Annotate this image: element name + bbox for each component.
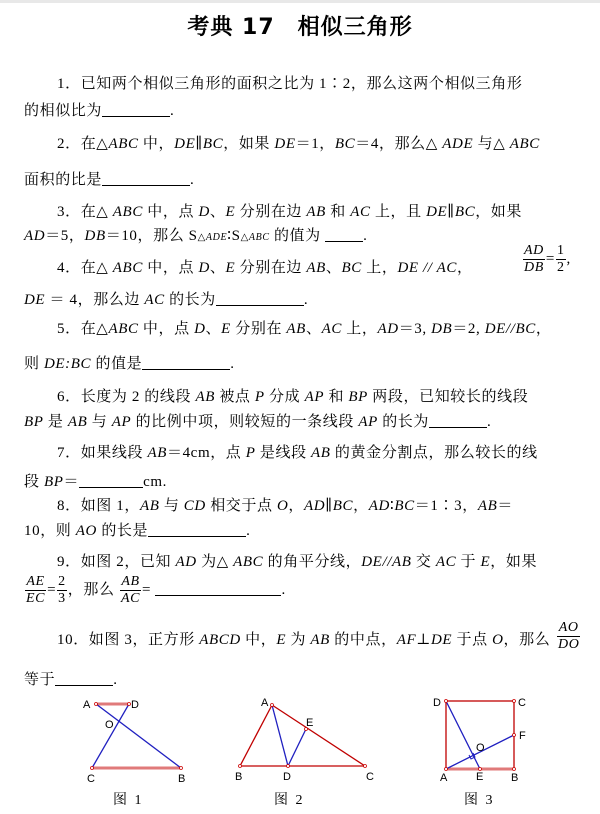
math: AC [350,204,370,220]
math: DE [24,292,45,308]
question-4-fraction: ADDB=12, [522,243,571,276]
text: ＝10，那么 S [106,228,198,244]
segment-ab [240,705,272,766]
answer-blank-10[interactable] [55,671,113,686]
text: 分别在 [231,321,287,337]
question-3-line-2: AD＝5，DB＝10，那么 S△ADE∶S△ABC 的值为 . [24,224,367,245]
equals: = [142,582,151,598]
math: AC [436,554,456,570]
text: 的值是 [91,356,142,372]
math: AP [305,389,325,405]
math: ABC [233,554,263,570]
text: 4．在△ [57,260,113,276]
text: ，如果 [475,204,522,220]
text: ，那么 [504,632,551,648]
text: 的角平分线， [263,554,361,570]
math: AD [24,228,45,244]
text: 等于 [24,672,55,688]
text: 为 [286,632,310,648]
period: . [230,356,234,372]
math: DE//AB [361,554,411,570]
question-8-line-1: 8．如图 1，AB 与 CD 相交于点 O，AD∥BC，AD∶BC＝1∶3，AB… [57,494,513,515]
text: 交 [412,554,436,570]
label-o: O [476,742,485,754]
math: E [226,204,236,220]
math: D [198,260,209,276]
text: ＝2, [452,321,484,337]
figure-1-caption: 图 1 [113,789,144,809]
figure-2-caption: 图 2 [274,789,305,809]
text: 中，点 [139,321,195,337]
text: ＝5， [45,228,84,244]
answer-blank-9[interactable] [155,581,281,596]
text: 的黄金分割点，那么较长的线 [331,445,538,461]
math: DE∥BC [426,204,475,220]
math: ABC [510,136,540,152]
text: 和 [326,204,350,220]
text: 2．在△ [57,136,108,152]
segment-ab [96,704,181,768]
denominator: EC [25,591,46,607]
fraction-1-2: 12 [556,243,566,276]
text: ＝ [63,474,79,490]
label-o: O [105,719,114,731]
text: 7．如果线段 [57,445,147,461]
question-1-line-1: 1．已知两个相似三角形的面积之比为 1∶2，那么这两个相似三角形 [57,72,522,93]
question-5-line-2: 则 DE:BC 的值是. [24,352,235,373]
math: D [194,321,205,337]
text: 上， [342,321,378,337]
text: ，如果 [490,554,537,570]
math: P [246,445,256,461]
question-6-line-1: 6．长度为 2 的线段 AB 被点 P 分成 AP 和 BP 两段，已知较长的线… [57,385,528,406]
label-c: C [87,773,95,785]
math: BC [335,136,355,152]
math: BP [44,474,64,490]
math: BP [24,414,44,430]
fraction-2-3: 23 [57,574,67,607]
math: AD∥BC [304,498,353,514]
math: DB [85,228,106,244]
text: ＝1， [296,136,335,152]
math: BP [348,389,368,405]
label-f: F [519,730,526,742]
text: ＝4，那么△ [355,136,442,152]
figure-2: A E B D C [232,695,382,785]
math: DE // AC [397,260,457,276]
question-1-text: 的相似比为 [24,103,102,119]
numerator: AE [25,574,46,591]
math: E [481,554,491,570]
question-10-line-2: 等于. [24,668,118,689]
math: AB [140,498,160,514]
answer-blank-8[interactable] [148,522,246,537]
text: 6．长度为 2 的线段 [57,389,195,405]
math: AD [378,321,399,337]
text: 于点 [452,632,492,648]
math: O [277,498,288,514]
math: CD [184,498,206,514]
text: ＝4cm，点 [167,445,246,461]
period: . [304,292,308,308]
text: 、 [210,260,226,276]
label-e: E [306,717,313,729]
question-1-line-2: 的相似比为. [24,99,174,120]
text: 被点 [215,389,255,405]
label-a: A [261,697,269,709]
math: BC [394,498,414,514]
label-b: B [178,773,185,785]
question-5-line-1: 5．在△ABC 中，点 D、E 分别在 AB、AC 上，AD＝3, DB＝2, … [57,317,551,338]
text: 中， [139,136,175,152]
math: ABC [113,260,143,276]
question-7-line-2: 段 BP＝cm. [24,470,167,491]
period: . [113,672,117,688]
denominator: DB [523,260,545,276]
numerator: 1 [556,243,566,260]
period: . [363,228,367,244]
question-7-line-1: 7．如果线段 AB＝4cm，点 P 是线段 AB 的黄金分割点，那么较长的线 [57,441,538,462]
math: E [221,321,231,337]
text: 的长为 [165,292,216,308]
figure-3-caption: 图 3 [464,789,495,809]
period: . [170,103,174,119]
answer-blank-1[interactable] [102,102,170,117]
numerator: AO [557,620,580,637]
math: ABC [108,321,138,337]
text: ＝ [497,498,513,514]
segment-dc [92,704,129,768]
math: AB [311,445,331,461]
segment-de [288,729,306,766]
page-title: 考典 17 相似三角形 [0,10,600,41]
question-10-line-1: 10．如图 3，正方形 ABCD 中，E 为 AB 的中点，AF⊥DE 于点 O… [57,628,550,649]
math: DE∥BC [174,136,223,152]
text: 、 [326,260,342,276]
text: 分成 [265,389,305,405]
math: AO [76,523,97,539]
math: AB [310,632,330,648]
question-6-line-2: BP 是 AB 与 AP 的比例中项，则较短的一条线段 AP 的长为. [24,410,491,431]
text: 分别在边 [235,204,306,220]
answer-blank-6[interactable] [429,413,487,428]
math: AP [358,414,378,430]
text: 的值为 [270,228,321,244]
text: 相交于点 [206,498,277,514]
text: 与 [159,498,183,514]
math: AB [147,445,167,461]
text: 则 [24,356,44,372]
period: . [281,582,285,598]
subscript: △ADE [198,232,228,243]
question-10-fraction: AODO [556,620,581,653]
math: AF⊥DE [397,632,452,648]
numerator: AB [120,574,141,591]
text: 于 [456,554,480,570]
math: ABC [108,136,138,152]
label-b: B [511,772,518,784]
question-2-line-2: 面积的比是. [24,168,194,189]
figure-3: D C F O A E B [428,694,528,784]
text: ＝1∶3， [415,498,478,514]
question-9-line-2: AEEC=23，那么 ABAC= . [24,574,286,607]
text: 8．如图 1， [57,498,140,514]
text: 9．如图 2，已知 [57,554,176,570]
text: 10，则 [24,523,76,539]
math: BC [342,260,362,276]
math: AB [68,414,88,430]
math: DE:BC [44,356,91,372]
math: E [276,632,286,648]
label-e: E [476,771,483,783]
math: AB [286,321,306,337]
figure-1: A D O C B [78,695,198,785]
math: DE//BC [485,321,536,337]
equals: = [546,251,555,267]
fraction-ao-do: AODO [557,620,580,653]
text: ， [288,498,304,514]
text: 上， [362,260,398,276]
text: 、 [306,321,322,337]
math: AP [112,414,132,430]
label-c: C [518,697,526,709]
question-4-line-1: 4．在△ ABC 中，点 D、E 分别在边 AB、BC 上，DE // AC， [57,256,473,277]
answer-blank-4[interactable] [216,291,304,306]
label-d: D [433,697,441,709]
text: 5．在△ [57,321,108,337]
text: 面积的比是 [24,172,102,188]
question-9-line-1: 9．如图 2，已知 AD 为△ ABC 的角平分线，DE//AB 交 AC 于 … [57,550,537,571]
text: 中，点 [143,260,199,276]
question-2-line-1: 2．在△ABC 中，DE∥BC，如果 DE＝1，BC＝4，那么△ ADE 与△ … [57,132,540,153]
text: 中，点 [143,204,199,220]
subscript: △ABC [241,232,270,243]
answer-blank-3[interactable] [325,227,363,242]
text: 与△ [473,136,509,152]
math: O [492,632,503,648]
math: ABCD [199,632,241,648]
text: 3．在△ [57,204,113,220]
math: AD [369,498,390,514]
math: AB [306,204,326,220]
numerator: AD [523,243,545,260]
text: ＝3, [399,321,431,337]
text: 、 [206,321,222,337]
label-b: B [235,771,242,783]
text: ， [536,321,552,337]
question-8-line-2: 10，则 AO 的长是. [24,519,250,540]
text: 的长为 [378,414,429,430]
equals: = [47,582,56,598]
math: AB [478,498,498,514]
text: 分别在边 [235,260,306,276]
denominator: 3 [57,591,67,607]
period: . [487,414,491,430]
top-border [0,0,600,3]
math: ADE [442,136,473,152]
math: E [226,260,236,276]
label-d: D [131,699,139,711]
text: ， [457,260,473,276]
math: P [255,389,265,405]
text: 中， [241,632,277,648]
answer-blank-5[interactable] [142,355,230,370]
math: D [198,204,209,220]
text: 10．如图 3，正方形 [57,632,199,648]
math: AB [195,389,215,405]
fraction-ad-db: ADDB [523,243,545,276]
text: 、 [210,204,226,220]
math: DE [274,136,295,152]
period: . [246,523,250,539]
text: ，那么 [68,582,115,598]
text: 和 [324,389,348,405]
label-d: D [283,771,291,783]
text: ＝ 4，那么边 [45,292,144,308]
math: AD [176,554,197,570]
text: 的比例中项，则较短的一条线段 [131,414,358,430]
answer-blank-2[interactable] [102,171,190,186]
math: AC [144,292,164,308]
text: 段 [24,474,44,490]
text: cm. [143,474,167,490]
question-3-line-1: 3．在△ ABC 中，点 D、E 分别在边 AB 和 AC 上，且 DE∥BC，… [57,200,522,221]
denominator: 2 [556,260,566,276]
segment-de [446,701,480,769]
text: 是线段 [256,445,312,461]
label-a: A [440,772,448,784]
math: DB [431,321,452,337]
square-abcd [446,701,514,769]
text: 的长是 [97,523,148,539]
fraction-ae-ec: AEEC [25,574,46,607]
math: AB [306,260,326,276]
label-c: C [366,771,374,783]
text: 两段，已知较长的线段 [368,389,528,405]
text: 的中点， [330,632,397,648]
answer-blank-7[interactable] [79,473,143,488]
numerator: 2 [57,574,67,591]
math: ABC [113,204,143,220]
denominator: AC [120,591,141,607]
fraction-ab-ac: ABAC [120,574,141,607]
question-4-line-2: DE ＝ 4，那么边 AC 的长为. [24,288,308,309]
text: 与 [87,414,111,430]
text: 上，且 [371,204,427,220]
text: ∶S [227,228,240,244]
math: AC [322,321,342,337]
text: 是 [44,414,68,430]
period: . [190,172,194,188]
text: ，如果 [223,136,274,152]
label-a: A [83,699,91,711]
text: 为△ [197,554,233,570]
text: ， [353,498,369,514]
denominator: DO [557,637,580,653]
